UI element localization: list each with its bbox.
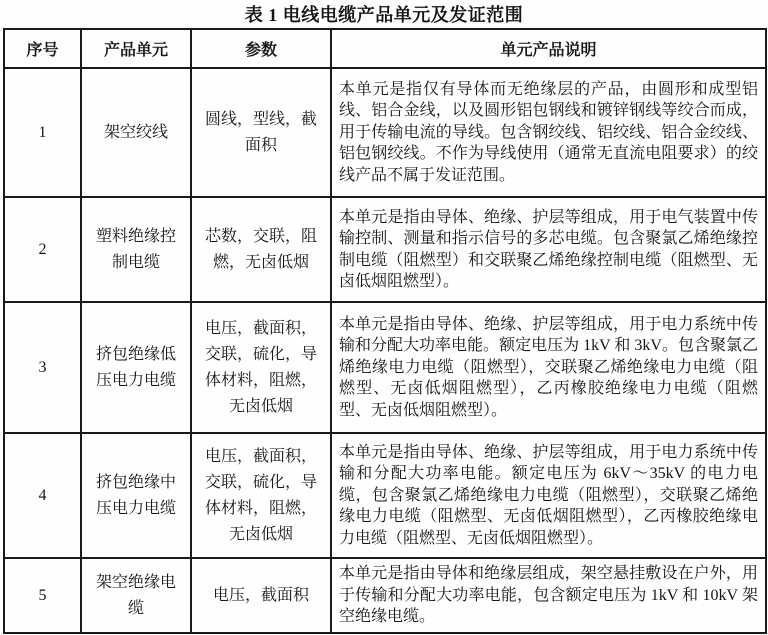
cell-product-unit: 架空绝缘电缆 (81, 558, 191, 633)
header-unit-description: 单元产品说明 (331, 29, 766, 68)
cell-serial-number: 5 (4, 558, 81, 633)
cell-unit-description: 本单元是指由导体、绝缘、护层等组成，用于电力系统中传输和分配大功率电能。额定电压… (331, 433, 766, 558)
cell-serial-number: 2 (4, 197, 81, 302)
cell-unit-description: 本单元是指由导体、绝缘、护层等组成，用于电气装置中传输控制、测量和指示信号的多芯… (331, 197, 766, 302)
cell-parameters: 电压，截面积 (191, 558, 331, 633)
cell-parameters: 电压，截面积，交联，硫化，导体材料，阻燃，无卤低烟 (191, 433, 331, 558)
document-page: 表 1 电线电缆产品单元及发证范围 序号 产品单元 参数 单元产品说明 1 架空… (0, 0, 768, 635)
cell-product-unit: 塑料绝缘控制电缆 (81, 197, 191, 302)
table-row: 3 挤包绝缘低压电力电缆 电压，截面积，交联，硫化，导体材料，阻燃，无卤低烟 本… (4, 302, 766, 433)
header-parameters: 参数 (191, 29, 331, 68)
header-serial-number: 序号 (4, 29, 81, 68)
product-units-table: 序号 产品单元 参数 单元产品说明 1 架空绞线 圆线，型线，截面积 本单元是指… (3, 28, 767, 634)
cell-parameters: 圆线，型线，截面积 (191, 68, 331, 197)
table-row: 2 塑料绝缘控制电缆 芯数，交联，阻燃，无卤低烟 本单元是指由导体、绝缘、护层等… (4, 197, 766, 302)
cell-product-unit: 挤包绝缘低压电力电缆 (81, 302, 191, 433)
table-row: 5 架空绝缘电缆 电压，截面积 本单元是指由导体和绝缘层组成，架空悬挂敷设在户外… (4, 558, 766, 633)
header-row: 序号 产品单元 参数 单元产品说明 (4, 29, 766, 68)
table-row: 4 挤包绝缘中压电力电缆 电压，截面积，交联，硫化，导体材料，阻燃，无卤低烟 本… (4, 433, 766, 558)
cell-serial-number: 1 (4, 68, 81, 197)
table-title: 表 1 电线电缆产品单元及发证范围 (0, 0, 768, 28)
cell-unit-description: 本单元是指由导体、绝缘、护层等组成，用于电力系统中传输和分配大功率电能。额定电压… (331, 302, 766, 433)
cell-unit-description: 本单元是指仅有导体而无绝缘层的产品，由圆形和成型铝线、铝合金线，以及圆形铝包钢线… (331, 68, 766, 197)
table-row: 1 架空绞线 圆线，型线，截面积 本单元是指仅有导体而无绝缘层的产品，由圆形和成… (4, 68, 766, 197)
cell-parameters: 电压，截面积，交联，硫化，导体材料，阻燃，无卤低烟 (191, 302, 331, 433)
cell-serial-number: 4 (4, 433, 81, 558)
cell-product-unit: 挤包绝缘中压电力电缆 (81, 433, 191, 558)
cell-parameters: 芯数，交联，阻燃，无卤低烟 (191, 197, 331, 302)
header-product-unit: 产品单元 (81, 29, 191, 68)
cell-unit-description: 本单元是指由导体和绝缘层组成，架空悬挂敷设在户外，用于传输和分配大功率电能，包含… (331, 558, 766, 633)
cell-product-unit: 架空绞线 (81, 68, 191, 197)
cell-serial-number: 3 (4, 302, 81, 433)
